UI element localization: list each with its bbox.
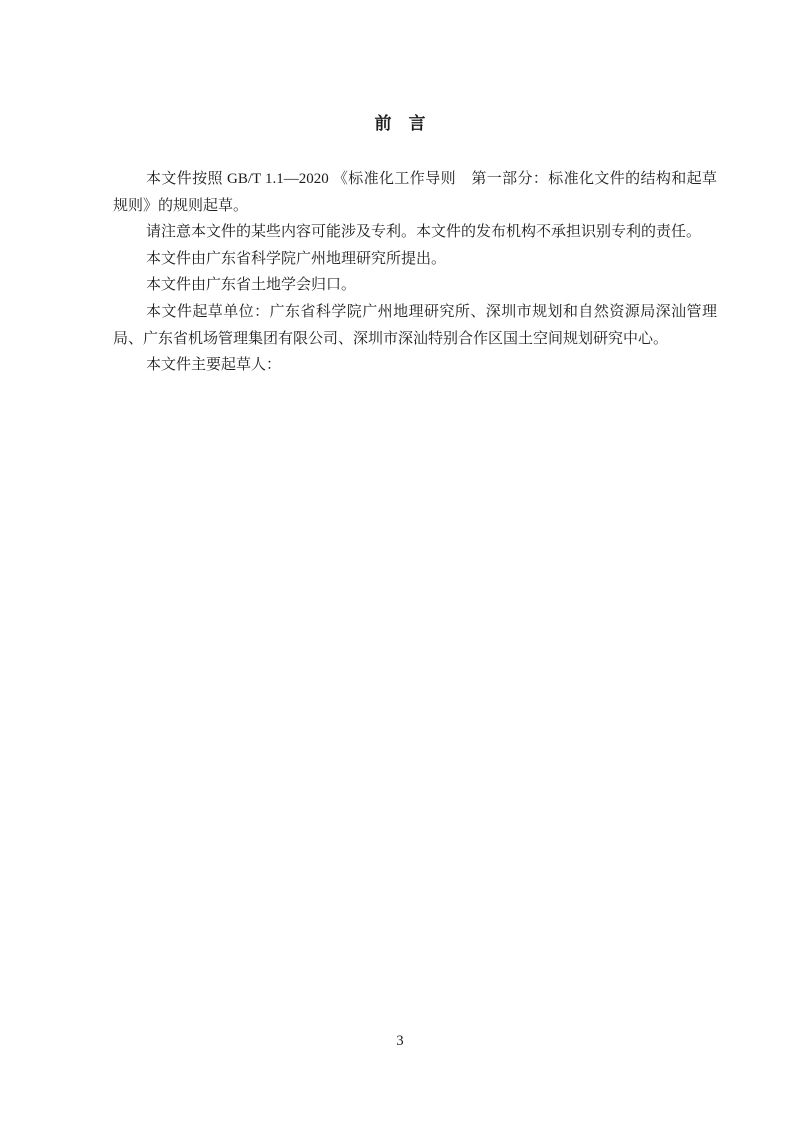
page-title: 前 言 [0,114,800,134]
paragraph-under-jurisdiction: 本文件由广东省土地学会归口。 [113,272,717,299]
paragraph-main-drafters: 本文件主要起草人： [113,352,717,379]
paragraph-drafting-organizations: 本文件起草单位：广东省科学院广州地理研究所、深圳市规划和自然资源局深汕管理局、广… [113,299,717,352]
paragraph-drafting-rules: 本文件按照 GB/T 1.1—2020 《标准化工作导则 第一部分：标准化文件的… [113,166,717,219]
document-body: 本文件按照 GB/T 1.1—2020 《标准化工作导则 第一部分：标准化文件的… [113,166,717,379]
paragraph-proposed-by: 本文件由广东省科学院广州地理研究所提出。 [113,246,717,273]
document-page: 前 言 本文件按照 GB/T 1.1—2020 《标准化工作导则 第一部分：标准… [0,0,800,1132]
paragraph-patent-notice: 请注意本文件的某些内容可能涉及专利。本文件的发布机构不承担识别专利的责任。 [113,219,717,246]
page-number: 3 [0,1033,800,1050]
